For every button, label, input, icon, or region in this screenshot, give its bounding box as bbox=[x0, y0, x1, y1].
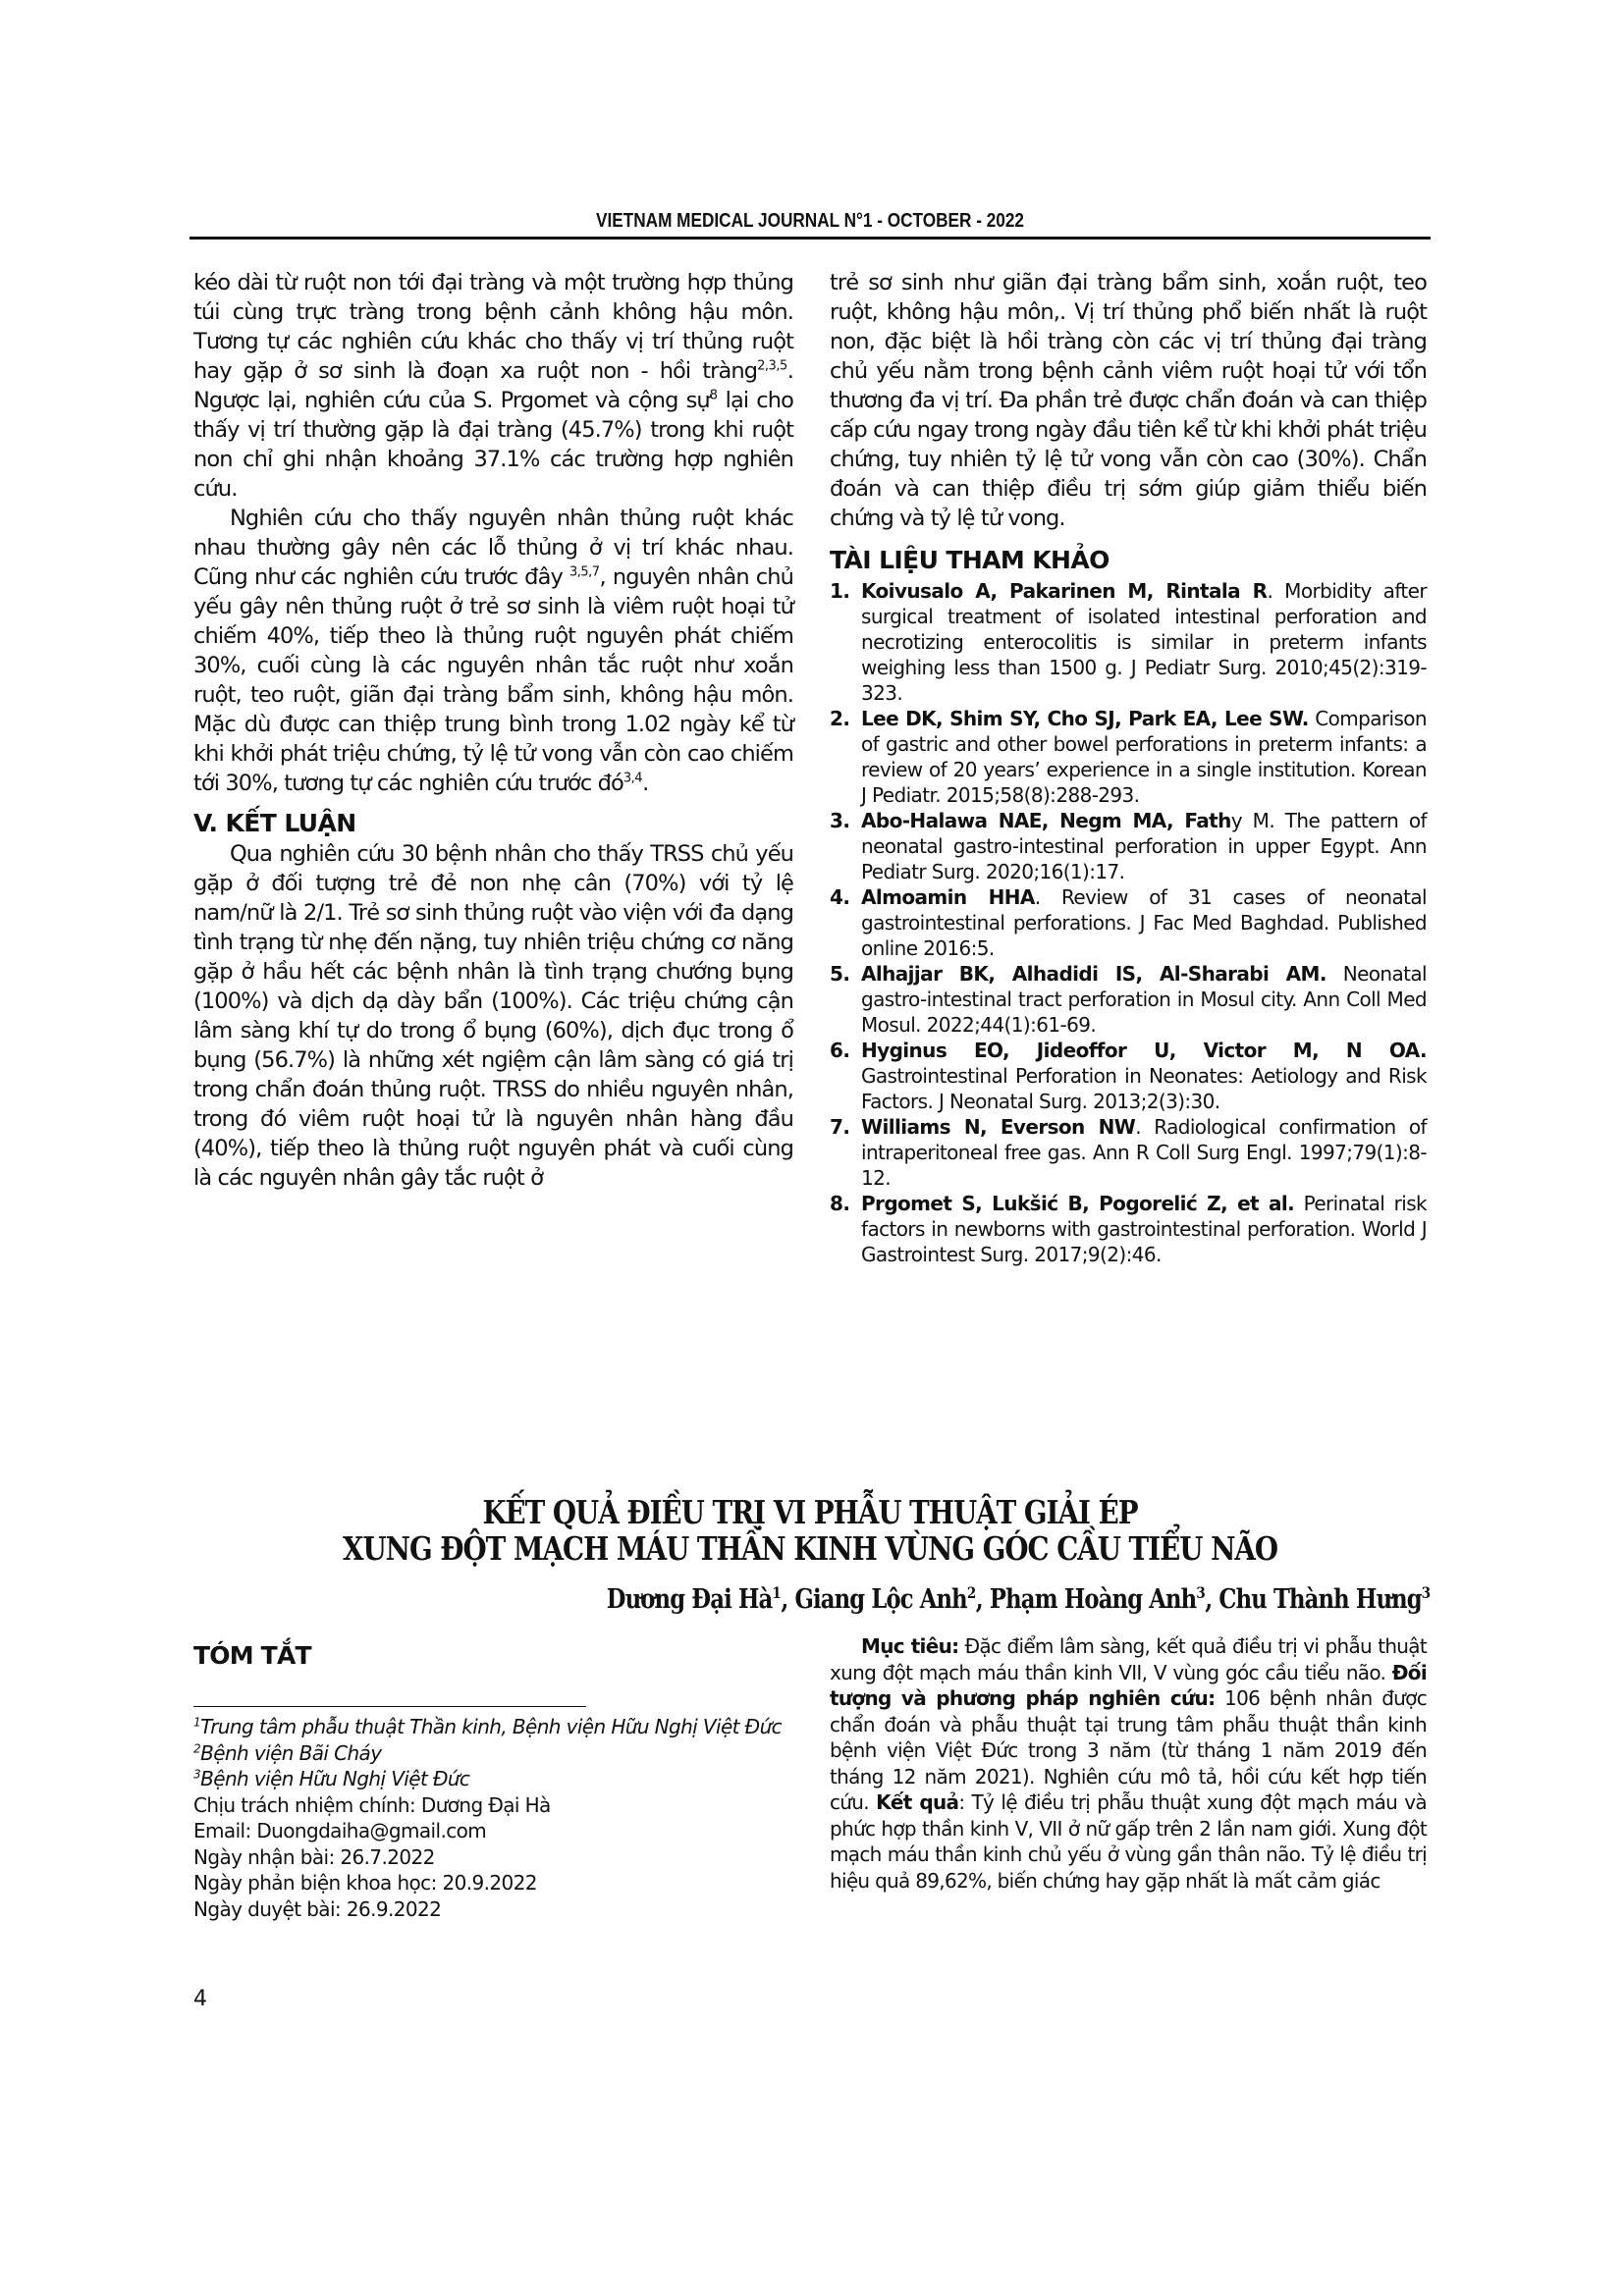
review-date: Ngày phản biện khoa học: 20.9.2022 bbox=[193, 1870, 793, 1896]
citation: 2,3,5 bbox=[757, 359, 787, 374]
reference-item: 1.Koivusalo A, Pakarinen M, Rintala R. M… bbox=[830, 578, 1427, 706]
author-name: Giang Lộc Anh bbox=[795, 1584, 967, 1615]
accepted-date: Ngày duyệt bài: 26.9.2022 bbox=[193, 1896, 793, 1923]
reference-authors: Abo-Halawa NAE, Negm MA, Fath bbox=[861, 809, 1231, 832]
journal-page: VIETNAM MEDICAL JOURNAL N°1 - OCTOBER - … bbox=[0, 0, 1624, 2296]
abstract-paragraph: Mục tiêu: Đặc điểm lâm sàng, kết quả điề… bbox=[830, 1633, 1427, 1894]
affiliation-1: 1Trung tâm phẫu thuật Thần kinh, Bệnh vi… bbox=[193, 1714, 793, 1740]
reference-item: 2.Lee DK, Shim SY, Cho SJ, Park EA, Lee … bbox=[830, 706, 1427, 808]
reference-item: 3.Abo-Halawa NAE, Negm MA, Fathy M. The … bbox=[830, 808, 1427, 884]
citation: 8 bbox=[710, 389, 718, 403]
discussion-paragraph-1: kéo dài từ ruột non tới đại tràng và một… bbox=[193, 268, 793, 504]
page-number: 4 bbox=[193, 1987, 207, 2011]
reference-item: 4.Almoamin HHA. Review of 31 cases of ne… bbox=[830, 884, 1427, 961]
footnotes: 1Trung tâm phẫu thuật Thần kinh, Bệnh vi… bbox=[193, 1714, 793, 1922]
reference-authors: Alhajjar BK, Alhadidi IS, Al-Sharabi AM. bbox=[861, 962, 1326, 986]
citation: 3,4 bbox=[623, 772, 642, 786]
reference-authors: Prgomet S, Lukšić B, Pogorelić Z, et al. bbox=[861, 1192, 1294, 1215]
reference-item: 6.Hyginus EO, Jideoffor U, Victor M, N O… bbox=[830, 1038, 1427, 1114]
title-line-1: KẾT QUẢ ĐIỀU TRỊ VI PHẪU THUẬT GIẢI ÉP bbox=[289, 1494, 1331, 1530]
running-head: VIETNAM MEDICAL JOURNAL N°1 - OCTOBER - … bbox=[276, 210, 1343, 233]
corresponding-author: Chịu trách nhiệm chính: Dương Đại Hà bbox=[193, 1792, 793, 1819]
abstract-body: Mục tiêu: Đặc điểm lâm sàng, kết quả điề… bbox=[830, 1633, 1427, 1894]
conclusion-heading: V. KẾT LUẬN bbox=[193, 808, 793, 839]
article-title: KẾT QUẢ ĐIỀU TRỊ VI PHẪU THUẬT GIẢI ÉP X… bbox=[289, 1494, 1331, 1567]
author-name: Dương Đại Hà bbox=[607, 1584, 773, 1615]
conclusion-paragraph: Qua nghiên cứu 30 bệnh nhân cho thấy TRS… bbox=[193, 839, 793, 1193]
author-name: Phạm Hoàng Anh bbox=[990, 1584, 1196, 1615]
reference-item: 8.Prgomet S, Lukšić B, Pogorelić Z, et a… bbox=[830, 1191, 1427, 1267]
reference-authors: Williams N, Everson NW bbox=[861, 1115, 1135, 1139]
discussion-paragraph-2: Nghiên cứu cho thấy nguyên nhân thủng ru… bbox=[193, 504, 793, 798]
abstract-heading: TÓM TẮT bbox=[193, 1641, 311, 1670]
reference-list: 1.Koivusalo A, Pakarinen M, Rintala R. M… bbox=[830, 578, 1427, 1267]
reference-authors: Almoamin HHA bbox=[861, 885, 1035, 909]
right-column: trẻ sơ sinh như giãn đại tràng bẩm sinh,… bbox=[830, 268, 1427, 1267]
author-name: Chu Thành Hưng bbox=[1219, 1584, 1422, 1615]
reference-authors: Hyginus EO, Jideoffor U, Victor M, N OA. bbox=[861, 1039, 1427, 1062]
objective-label: Mục tiêu: bbox=[861, 1634, 958, 1658]
header-rule bbox=[189, 237, 1431, 240]
affiliation-2: 2Bệnh viện Bãi Cháy bbox=[193, 1740, 793, 1767]
left-column: kéo dài từ ruột non tới đại tràng và một… bbox=[193, 268, 793, 1193]
contact-email: Email: Duongdaiha@gmail.com bbox=[193, 1818, 793, 1844]
reference-item: 5.Alhajjar BK, Alhadidi IS, Al-Sharabi A… bbox=[830, 961, 1427, 1038]
received-date: Ngày nhận bài: 26.7.2022 bbox=[193, 1844, 793, 1871]
footnote-rule bbox=[193, 1706, 586, 1707]
references-heading: TÀI LIỆU THAM KHẢO bbox=[830, 545, 1427, 576]
reference-authors: Lee DK, Shim SY, Cho SJ, Park EA, Lee SW… bbox=[861, 707, 1309, 730]
conclusion-continuation: trẻ sơ sinh như giãn đại tràng bẩm sinh,… bbox=[830, 268, 1427, 533]
reference-authors: Koivusalo A, Pakarinen M, Rintala R bbox=[861, 579, 1267, 603]
results-label: Kết quả bbox=[876, 1790, 958, 1814]
title-line-2: XUNG ĐỘT MẠCH MÁU THẦN KINH VÙNG GÓC CẦU… bbox=[289, 1530, 1331, 1567]
author-list: Dương Đại Hà1, Giang Lộc Anh2, Phạm Hoàn… bbox=[607, 1583, 1431, 1617]
citation: 3,5,7 bbox=[569, 565, 600, 580]
affiliation-3: 3Bệnh viện Hữu Nghị Việt Đức bbox=[193, 1766, 793, 1792]
reference-item: 7.Williams N, Everson NW. Radiological c… bbox=[830, 1114, 1427, 1191]
